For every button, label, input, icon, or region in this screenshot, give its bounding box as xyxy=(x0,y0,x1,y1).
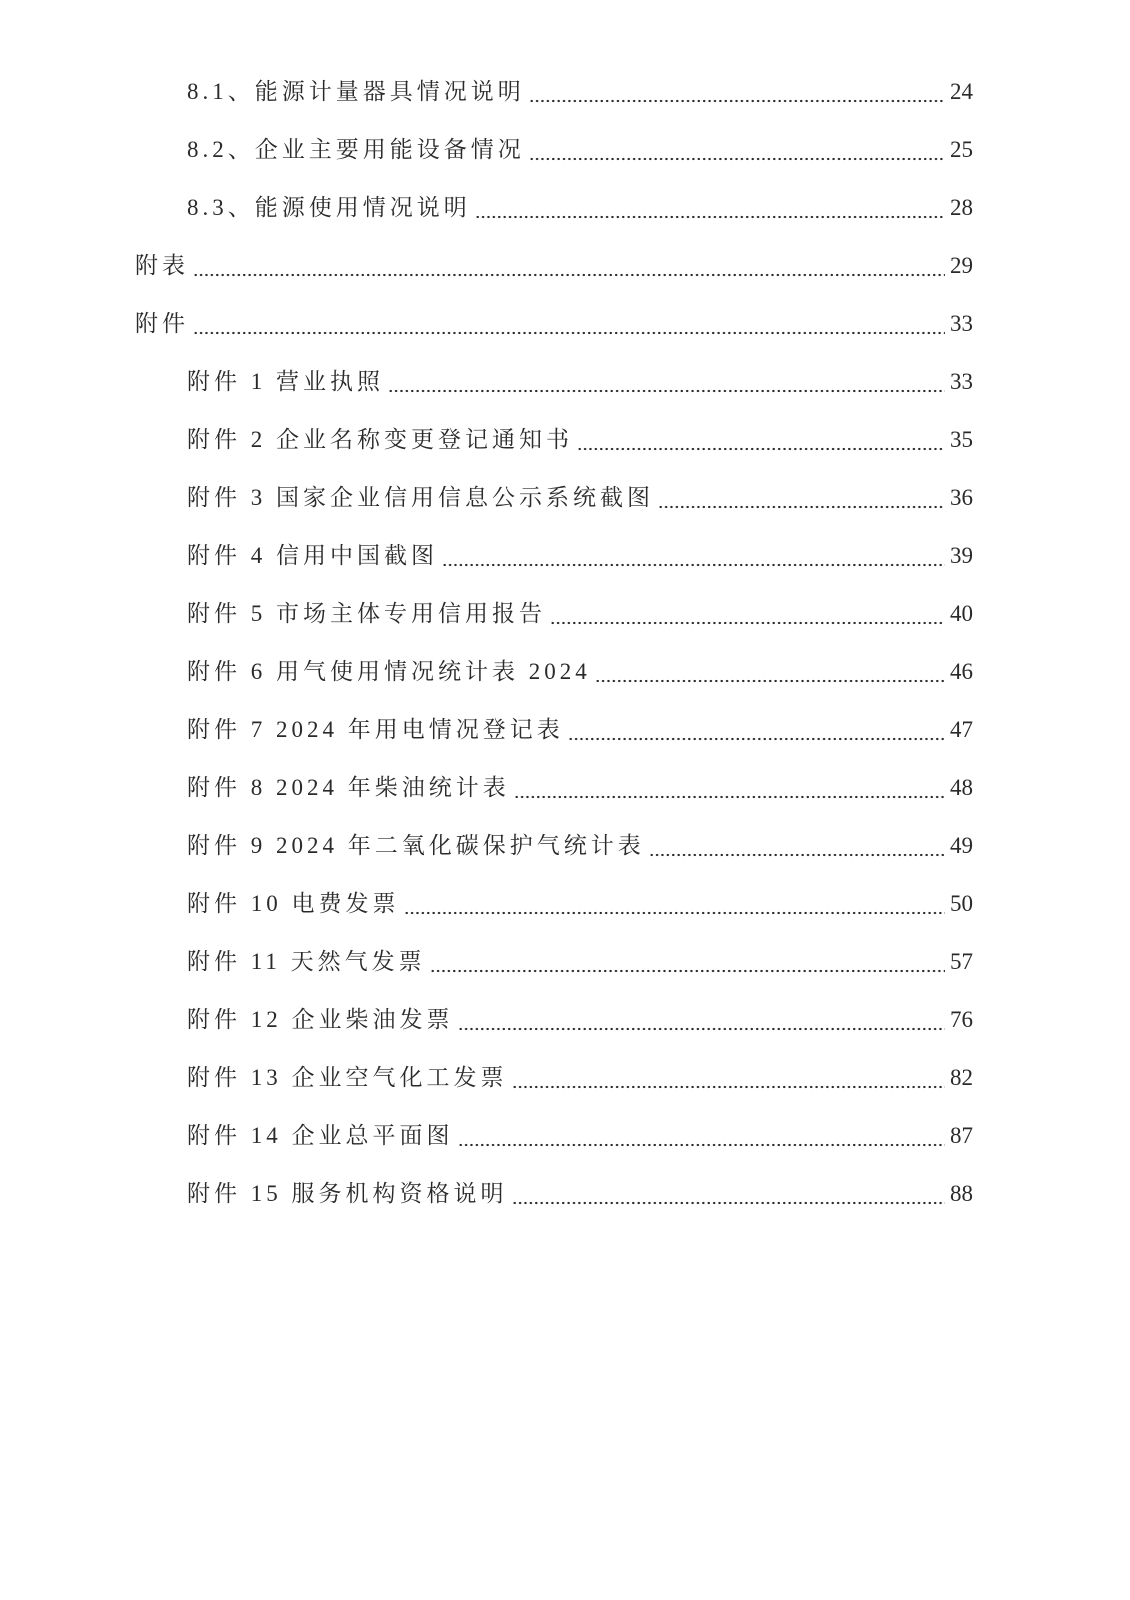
toc-entry-attachment-15[interactable]: 附件 15 服务机构资格说明 88 xyxy=(187,1174,973,1214)
toc-entry-page: 28 xyxy=(947,188,973,228)
toc-entry-page: 57 xyxy=(947,942,973,982)
toc-entry-attachments[interactable]: 附件 33 xyxy=(135,304,973,344)
toc-entry-page: 50 xyxy=(947,884,973,924)
toc-entry-title: 附件 13 企业空气化工发票 xyxy=(187,1058,510,1098)
dot-leader xyxy=(388,367,945,393)
dot-leader xyxy=(442,541,945,567)
dot-leader xyxy=(568,715,945,741)
dot-leader xyxy=(595,657,945,683)
toc-entry-title: 附件 14 企业总平面图 xyxy=(187,1116,456,1156)
toc-entry-8-1[interactable]: 8.1、能源计量器具情况说明 24 xyxy=(187,72,973,112)
toc-entry-page: 49 xyxy=(947,826,973,866)
toc-entry-appendix-tables[interactable]: 附表 29 xyxy=(135,246,973,286)
toc-entry-8-3[interactable]: 8.3、能源使用情况说明 28 xyxy=(187,188,973,228)
toc-entry-title: 附件 11 天然气发票 xyxy=(187,942,428,982)
toc-entry-page: 40 xyxy=(947,594,973,634)
toc-entry-attachment-6[interactable]: 附件 6 用气使用情况统计表 2024 46 xyxy=(187,652,973,692)
toc-entry-page: 36 xyxy=(947,478,973,518)
dot-leader xyxy=(512,1063,946,1089)
dot-leader xyxy=(550,599,945,625)
toc-entry-page: 39 xyxy=(947,536,973,576)
toc-entry-page: 76 xyxy=(947,1000,973,1040)
toc-entry-title: 附件 15 服务机构资格说明 xyxy=(187,1174,510,1214)
toc-entry-title: 8.1、能源计量器具情况说明 xyxy=(187,72,527,112)
dot-leader xyxy=(430,947,945,973)
toc-entry-page: 88 xyxy=(947,1174,973,1214)
toc-entry-page: 47 xyxy=(947,710,973,750)
toc-entry-title: 附件 10 电费发票 xyxy=(187,884,402,924)
toc-entry-attachment-9[interactable]: 附件 9 2024 年二氧化碳保护气统计表 49 xyxy=(187,826,973,866)
toc-entry-page: 25 xyxy=(947,130,973,170)
toc-entry-title: 附件 12 企业柴油发票 xyxy=(187,1000,456,1040)
dot-leader xyxy=(404,889,946,915)
toc-entry-title: 附件 6 用气使用情况统计表 2024 xyxy=(187,652,593,692)
toc-entry-attachment-5[interactable]: 附件 5 市场主体专用信用报告 40 xyxy=(187,594,973,634)
toc-entry-8-2[interactable]: 8.2、企业主要用能设备情况 25 xyxy=(187,130,973,170)
document-page: 8.1、能源计量器具情况说明 24 8.2、企业主要用能设备情况 25 8.3、… xyxy=(0,0,1130,1600)
dot-leader xyxy=(649,831,945,857)
toc-entry-title: 附件 2 企业名称变更登记通知书 xyxy=(187,420,575,460)
toc-entry-page: 35 xyxy=(947,420,973,460)
dot-leader xyxy=(193,309,945,335)
toc-entry-page: 33 xyxy=(947,362,973,402)
toc-entry-attachment-7[interactable]: 附件 7 2024 年用电情况登记表 47 xyxy=(187,710,973,750)
toc-entry-page: 29 xyxy=(947,246,973,286)
dot-leader xyxy=(512,1179,946,1205)
toc-entry-title: 附件 4 信用中国截图 xyxy=(187,536,440,576)
toc-entry-attachment-3[interactable]: 附件 3 国家企业信用信息公示系统截图 36 xyxy=(187,478,973,518)
dot-leader xyxy=(458,1121,946,1147)
toc-entry-attachment-11[interactable]: 附件 11 天然气发票 57 xyxy=(187,942,973,982)
toc-entry-page: 48 xyxy=(947,768,973,808)
toc-entry-attachment-10[interactable]: 附件 10 电费发票 50 xyxy=(187,884,973,924)
toc-entry-attachment-13[interactable]: 附件 13 企业空气化工发票 82 xyxy=(187,1058,973,1098)
toc-entry-title: 附件 1 营业执照 xyxy=(187,362,386,402)
toc-entry-attachment-4[interactable]: 附件 4 信用中国截图 39 xyxy=(187,536,973,576)
dot-leader xyxy=(529,77,945,103)
toc-entry-page: 82 xyxy=(947,1058,973,1098)
toc-entry-title: 附件 9 2024 年二氧化碳保护气统计表 xyxy=(187,826,647,866)
toc-entry-title: 附件 3 国家企业信用信息公示系统截图 xyxy=(187,478,656,518)
toc-entry-page: 33 xyxy=(947,304,973,344)
toc-entry-attachment-1[interactable]: 附件 1 营业执照 33 xyxy=(187,362,973,402)
toc-entry-attachment-8[interactable]: 附件 8 2024 年柴油统计表 48 xyxy=(187,768,973,808)
dot-leader xyxy=(514,773,945,799)
dot-leader xyxy=(458,1005,946,1031)
toc-entry-attachment-2[interactable]: 附件 2 企业名称变更登记通知书 35 xyxy=(187,420,973,460)
toc-entry-title: 附件 xyxy=(135,304,191,344)
toc-entry-title: 8.3、能源使用情况说明 xyxy=(187,188,473,228)
toc-entry-title: 8.2、企业主要用能设备情况 xyxy=(187,130,527,170)
dot-leader xyxy=(193,251,945,277)
toc-entry-title: 附表 xyxy=(135,246,191,286)
toc-entry-attachment-14[interactable]: 附件 14 企业总平面图 87 xyxy=(187,1116,973,1156)
toc-entry-title: 附件 5 市场主体专用信用报告 xyxy=(187,594,548,634)
dot-leader xyxy=(658,483,945,509)
toc-entry-page: 87 xyxy=(947,1116,973,1156)
toc-entry-title: 附件 7 2024 年用电情况登记表 xyxy=(187,710,566,750)
dot-leader xyxy=(475,193,945,219)
toc-entry-attachment-12[interactable]: 附件 12 企业柴油发票 76 xyxy=(187,1000,973,1040)
dot-leader xyxy=(577,425,945,451)
toc-entry-page: 46 xyxy=(947,652,973,692)
toc-entry-page: 24 xyxy=(947,72,973,112)
toc-entry-title: 附件 8 2024 年柴油统计表 xyxy=(187,768,512,808)
dot-leader xyxy=(529,135,945,161)
